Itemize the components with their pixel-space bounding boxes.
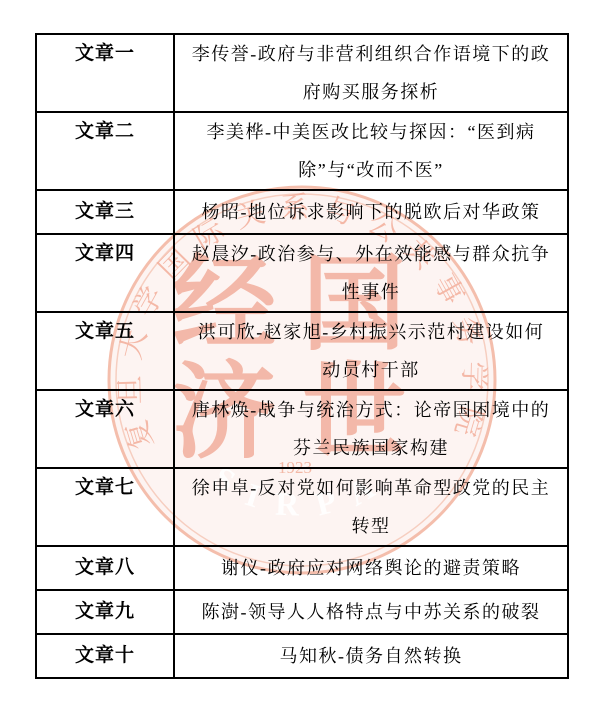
article-table: 文章一 李传誉-政府与非营利组织合作语境下的政 府购买服务探析 文章二 李美桦-… bbox=[35, 33, 569, 679]
table-row: 文章十 马知秋-债务自然转换 bbox=[37, 633, 567, 677]
document-page: { "table": { "border_color": "#000000", … bbox=[0, 0, 599, 717]
table-row: 文章四 赵晨汐-政治参与、外在效能感与群众抗争 性事件 bbox=[37, 233, 567, 311]
article-label-cell: 文章三 bbox=[37, 191, 175, 233]
article-title-cell: 赵晨汐-政治参与、外在效能感与群众抗争 性事件 bbox=[175, 235, 567, 311]
article-title-cell: 徐申卓-反对党如何影响革命型政党的民主 转型 bbox=[175, 469, 567, 545]
article-label-cell: 文章五 bbox=[37, 313, 175, 389]
table-row: 文章一 李传誉-政府与非营利组织合作语境下的政 府购买服务探析 bbox=[37, 35, 567, 111]
table-row: 文章七 徐申卓-反对党如何影响革命型政党的民主 转型 bbox=[37, 467, 567, 545]
article-label-cell: 文章九 bbox=[37, 591, 175, 633]
article-label-cell: 文章四 bbox=[37, 235, 175, 311]
article-label-cell: 文章七 bbox=[37, 469, 175, 545]
article-title-cell: 马知秋-债务自然转换 bbox=[175, 635, 567, 677]
article-title-cell: 杨昭-地位诉求影响下的脱欧后对华政策 bbox=[175, 191, 567, 233]
article-label-cell: 文章十 bbox=[37, 635, 175, 677]
table-row: 文章六 唐林焕-战争与统治方式：论帝国困境中的 芬兰民族国家构建 bbox=[37, 389, 567, 467]
article-title-cell: 洪可欣-赵家旭-乡村振兴示范村建设如何 动员村干部 bbox=[175, 313, 567, 389]
article-title-cell: 陈澍-领导人人格特点与中苏关系的破裂 bbox=[175, 591, 567, 633]
article-title-cell: 李美桦-中美医改比较与探因：“医到病 除”与“改而不医” bbox=[175, 113, 567, 189]
table-row: 文章二 李美桦-中美医改比较与探因：“医到病 除”与“改而不医” bbox=[37, 111, 567, 189]
article-title-cell: 唐林焕-战争与统治方式：论帝国困境中的 芬兰民族国家构建 bbox=[175, 391, 567, 467]
article-title-cell: 谢仪-政府应对网络舆论的避责策略 bbox=[175, 547, 567, 589]
table-row: 文章三 杨昭-地位诉求影响下的脱欧后对华政策 bbox=[37, 189, 567, 233]
article-label-cell: 文章一 bbox=[37, 35, 175, 111]
article-label-cell: 文章二 bbox=[37, 113, 175, 189]
article-label-cell: 文章八 bbox=[37, 547, 175, 589]
table-row: 文章八 谢仪-政府应对网络舆论的避责策略 bbox=[37, 545, 567, 589]
article-label-cell: 文章六 bbox=[37, 391, 175, 467]
table-row: 文章九 陈澍-领导人人格特点与中苏关系的破裂 bbox=[37, 589, 567, 633]
table-row: 文章五 洪可欣-赵家旭-乡村振兴示范村建设如何 动员村干部 bbox=[37, 311, 567, 389]
article-title-cell: 李传誉-政府与非营利组织合作语境下的政 府购买服务探析 bbox=[175, 35, 567, 111]
